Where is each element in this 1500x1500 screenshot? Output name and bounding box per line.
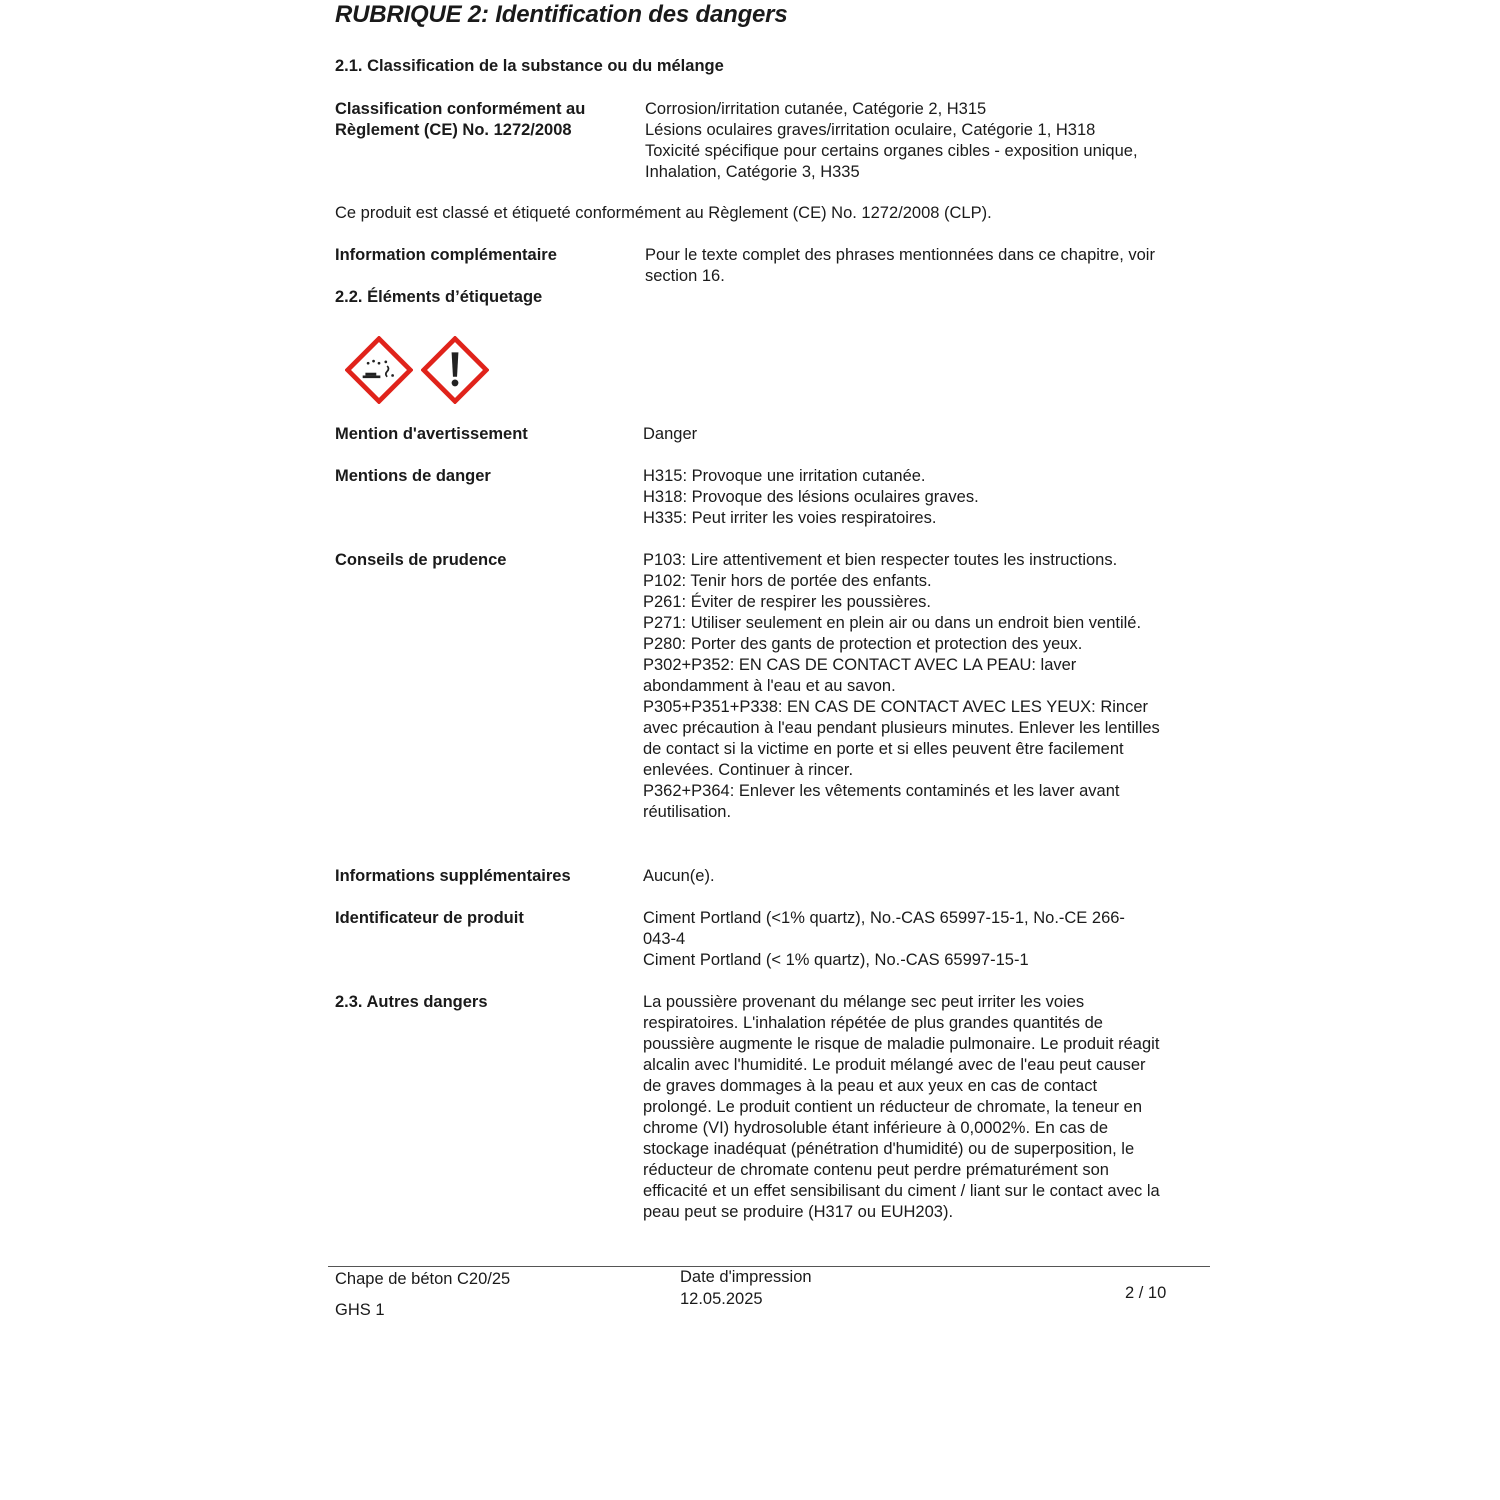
footer-print-date: 12.05.2025	[680, 1289, 763, 1310]
precautionary-statement: P271: Utiliser seulement en plein air ou…	[643, 613, 1178, 634]
classification-line: Toxicité spécifique pour certains organe…	[645, 141, 1205, 183]
identificateur-values: Ciment Portland (<1% quartz), No.-CAS 65…	[643, 908, 1143, 971]
hazard-statement: H335: Peut irriter les voies respiratoir…	[643, 508, 1203, 529]
mention-avertissement-label: Mention d'avertissement	[335, 424, 635, 445]
precautionary-statement: P102: Tenir hors de portée des enfants.	[643, 571, 1178, 592]
precautionary-statement: P280: Porter des gants de protection et …	[643, 634, 1178, 655]
precautionary-statement: P261: Éviter de respirer les poussières.	[643, 592, 1178, 613]
autres-dangers-label: 2.3. Autres dangers	[335, 992, 635, 1013]
info-supplementaires-label: Informations supplémentaires	[335, 866, 635, 887]
footer-product-name: Chape de béton C20/25	[335, 1269, 510, 1290]
classification-label: Classification conformément au Règlement…	[335, 99, 625, 141]
precautionary-statement: P103: Lire attentivement et bien respect…	[643, 550, 1178, 571]
ghs05-corrosion-icon	[345, 336, 413, 404]
info-complementaire-label: Information complémentaire	[335, 245, 635, 266]
subsection-2-1-heading: 2.1. Classification de la substance ou d…	[335, 57, 724, 76]
footer-page-number: 2 / 10	[1125, 1283, 1166, 1304]
subsection-2-2-heading: 2.2. Éléments d’étiquetage	[335, 288, 542, 307]
classification-line: Corrosion/irritation cutanée, Catégorie …	[645, 99, 1205, 120]
footer-date-label: Date d'impression	[680, 1267, 812, 1288]
hazard-statement: H318: Provoque des lésions oculaires gra…	[643, 487, 1203, 508]
precautionary-statement: P305+P351+P338: EN CAS DE CONTACT AVEC L…	[643, 697, 1178, 781]
precautionary-statement: P362+P364: Enlever les vêtements contami…	[643, 781, 1178, 823]
product-identifier: Ciment Portland (< 1% quartz), No.-CAS 6…	[643, 950, 1143, 971]
info-complementaire-value: Pour le texte complet des phrases mentio…	[645, 245, 1190, 287]
section-title: RUBRIQUE 2: Identification des dangers	[335, 1, 787, 29]
info-supplementaires-value: Aucun(e).	[643, 866, 1203, 887]
identificateur-label: Identificateur de produit	[335, 908, 635, 929]
mentions-danger-values: H315: Provoque une irritation cutanée. H…	[643, 466, 1203, 529]
mentions-danger-label: Mentions de danger	[335, 466, 635, 487]
clp-statement: Ce produit est classé et étiqueté confor…	[335, 204, 992, 223]
classification-values: Corrosion/irritation cutanée, Catégorie …	[645, 99, 1205, 183]
footer-version: GHS 1	[335, 1300, 385, 1321]
product-identifier: Ciment Portland (<1% quartz), No.-CAS 65…	[643, 908, 1143, 950]
conseils-prudence-values: P103: Lire attentivement et bien respect…	[643, 550, 1178, 823]
mention-avertissement-value: Danger	[643, 424, 1203, 445]
ghs07-exclamation-mark-icon	[421, 336, 489, 404]
autres-dangers-value: La poussière provenant du mélange sec pe…	[643, 992, 1168, 1223]
precautionary-statement: P302+P352: EN CAS DE CONTACT AVEC LA PEA…	[643, 655, 1178, 697]
classification-line: Lésions oculaires graves/irritation ocul…	[645, 120, 1205, 141]
hazard-statement: H315: Provoque une irritation cutanée.	[643, 466, 1203, 487]
ghs-pictograms	[345, 336, 489, 404]
conseils-prudence-label: Conseils de prudence	[335, 550, 635, 571]
